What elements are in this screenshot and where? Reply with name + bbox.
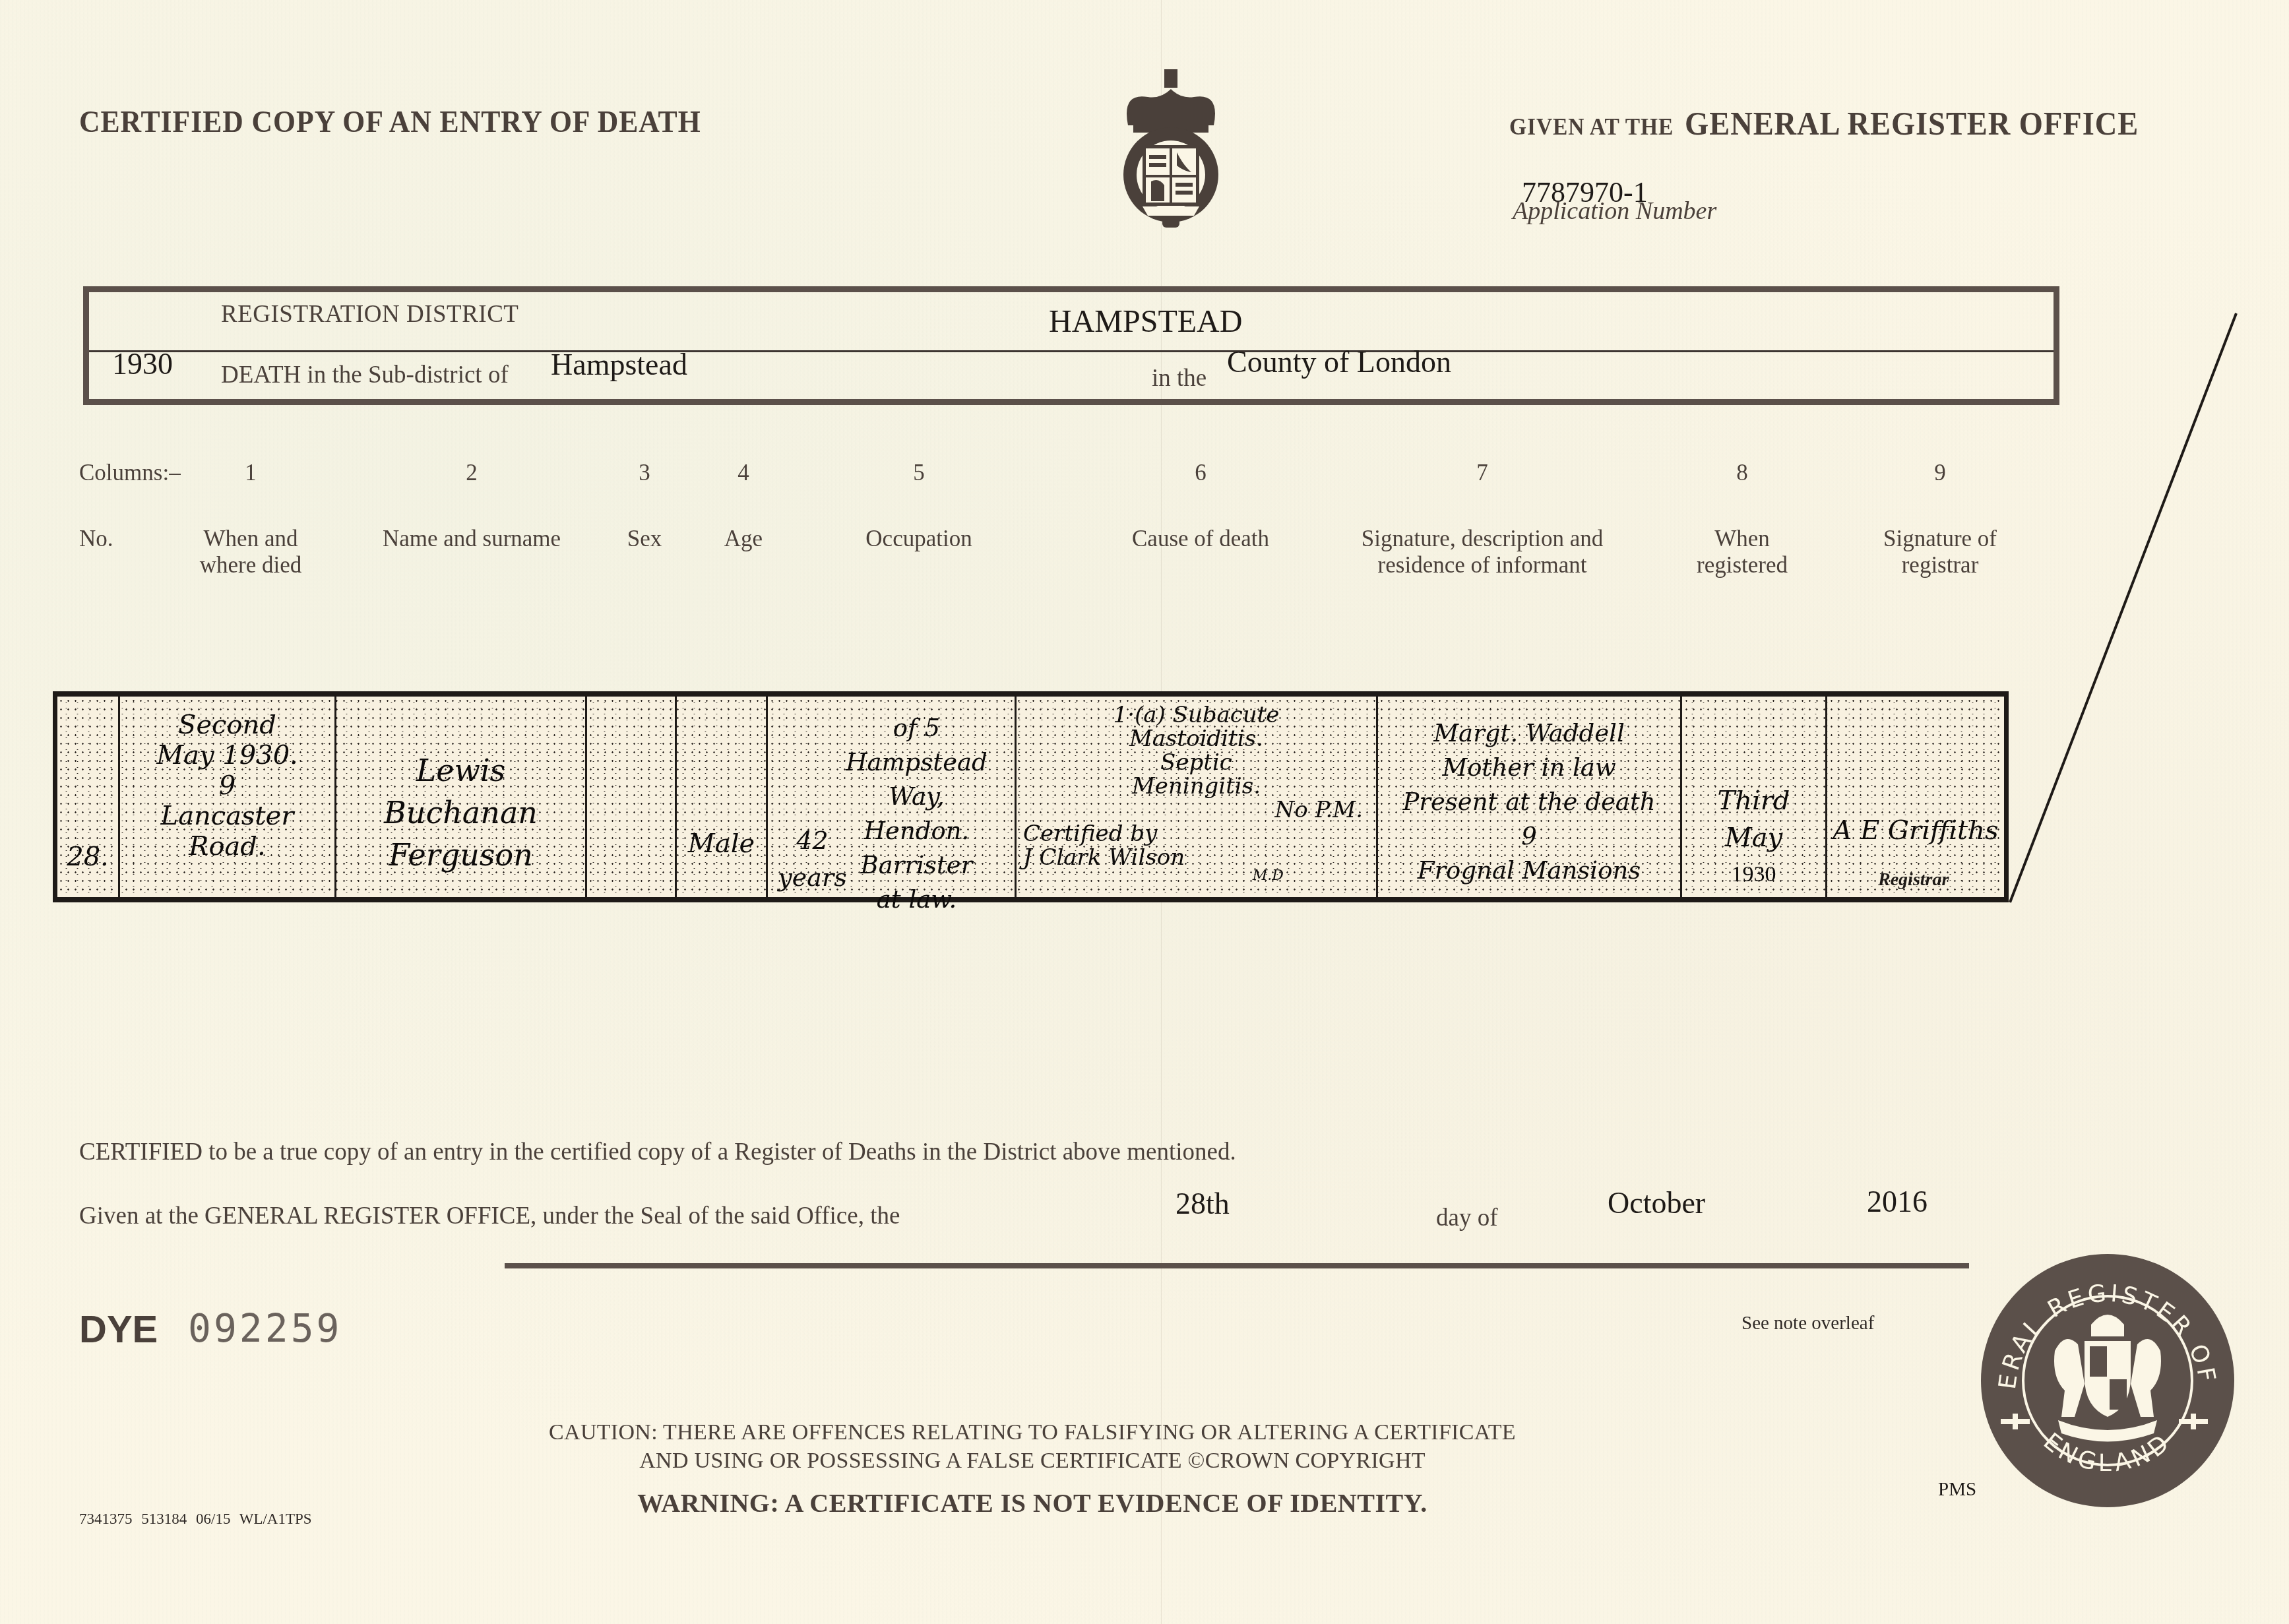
see-note-overleaf: See note overleaf [1741, 1313, 1874, 1334]
column-number-1: 1 [228, 460, 274, 486]
identity-warning: WARNING: A CERTIFICATE IS NOT EVIDENCE O… [488, 1487, 1577, 1518]
entry-text-line: 1930 [1682, 856, 1825, 893]
columns-label: Columns:– [79, 460, 181, 486]
column-header-occupation: Occupation [853, 526, 985, 552]
county-value: County of London [1227, 344, 1451, 379]
column-number-4: 4 [720, 460, 767, 486]
pms-mark: PMS [1938, 1479, 1976, 1501]
registration-year: 1930 [112, 346, 173, 381]
registrar-label: Registrar [1878, 869, 1949, 890]
issuer-heading: GIVEN AT THE GENERAL REGISTER OFFICE [1509, 104, 2139, 142]
column-number-3: 3 [621, 460, 668, 486]
district-divider [89, 350, 2054, 352]
entry-text-line: 1·(a) Subacute [1017, 703, 1376, 727]
entry-when-registered: Third May 1930 [1682, 782, 1825, 893]
entry-cause-of-death: 1·(a) Subacute Mastoiditis. Septic Menin… [1017, 703, 1376, 883]
entry-text-line: Third [1682, 782, 1825, 819]
column-header-sex: Sex [611, 526, 677, 552]
entry-text-line: Hendon. [819, 814, 1015, 848]
entry-number: 28. [57, 842, 118, 872]
column-number-9: 9 [1917, 460, 1963, 486]
cell-divider [675, 697, 677, 897]
column-header-when-registered: When registered [1683, 526, 1802, 578]
entry-text-line: 9 [1378, 819, 1680, 854]
signature-rule [505, 1263, 1969, 1268]
entry-text-line: Road. [120, 831, 334, 861]
column-number-2: 2 [449, 460, 495, 486]
column-number-7: 7 [1459, 460, 1505, 486]
issuer-name: GENERAL REGISTER OFFICE [1685, 105, 2139, 142]
cell-divider [585, 697, 587, 897]
caution-line: CAUTION: THERE ARE OFFENCES RELATING TO … [488, 1418, 1577, 1447]
column-header-no: No. [79, 526, 113, 552]
entry-text-line: Frognal Mansions [1378, 854, 1680, 888]
issue-year: 2016 [1867, 1184, 1928, 1219]
entry-text-line: May [1682, 819, 1825, 856]
entry-text-line: Mother in law [1378, 751, 1680, 785]
entry-text-line: M.D [1017, 869, 1376, 883]
royal-crest-icon [1102, 63, 1240, 228]
column-header-registrar: Signature of registrar [1871, 526, 2009, 578]
cancellation-diagonal-line [2002, 310, 2240, 904]
subdistrict-label: DEATH in the Sub-district of [221, 361, 509, 389]
column-number-5: 5 [896, 460, 942, 486]
entry-sex: Male [677, 828, 766, 859]
given-at-statement: Given at the GENERAL REGISTER OFFICE, un… [79, 1202, 900, 1230]
column-number-6: 6 [1177, 460, 1224, 486]
print-code: 7341375 513184 06/15 WL/A1TPS [79, 1511, 312, 1528]
column-header-informant: Signature, description and residence of … [1344, 526, 1621, 578]
entry-text-line: Buchanan [336, 792, 585, 834]
column-header-age: Age [710, 526, 776, 552]
serial-prefix: DYE [79, 1307, 158, 1352]
registrar-signature: A E Griffiths [1827, 815, 2004, 846]
registration-district-label: REGISTRATION DISTRICT [221, 300, 518, 328]
day-of-label: day of [1436, 1204, 1498, 1232]
general-register-office-seal-icon: GENERAL REGISTER OFFICE ENGLAND [1979, 1252, 2236, 1509]
death-entry-row: 28. Second May 1930. 9 Lancaster Road. L… [53, 691, 2009, 902]
entry-occupation: of 5 Hampstead Way, Hendon. Barrister at… [819, 711, 1015, 917]
entry-text-line: No P.M. [1017, 798, 1376, 822]
entry-text-line: Mastoiditis. [1017, 727, 1376, 751]
caution-line: AND USING OR POSSESSING A FALSE CERTIFIC… [488, 1447, 1577, 1475]
entry-text-line: Second [120, 710, 334, 740]
entry-text-line: Barrister [819, 848, 1015, 883]
serial-number: 092259 [188, 1306, 342, 1351]
entry-name: Lewis Buchanan Ferguson [336, 749, 585, 876]
entry-text-line: Meningitis. [1017, 774, 1376, 798]
column-header-when-where: When and where died [191, 526, 310, 578]
entry-text-line: May 1930. [120, 740, 334, 770]
registration-district-value: HAMPSTEAD [1049, 303, 1242, 340]
caution-notice: CAUTION: THERE ARE OFFENCES RELATING TO … [488, 1418, 1577, 1475]
entry-text-line: Present at the death [1378, 785, 1680, 819]
entry-text-line: Way, [819, 780, 1015, 814]
application-number: 7787970-1 [1522, 175, 1648, 209]
entry-text-line: Lewis [336, 749, 585, 792]
issuer-prefix: GIVEN AT THE [1509, 113, 1674, 140]
entry-text-line: Septic [1017, 751, 1376, 774]
entry-text-line: at law. [819, 883, 1015, 917]
entry-text-line: Ferguson [336, 834, 585, 876]
entry-text-line: J Clark Wilson [1017, 846, 1376, 869]
cell-divider [1825, 697, 1827, 897]
column-header-cause: Cause of death [1115, 526, 1286, 552]
county-label: in the [1152, 364, 1207, 392]
column-header-name: Name and surname [369, 526, 574, 552]
entry-text-line: 9 [120, 770, 334, 801]
issue-month: October [1608, 1185, 1705, 1220]
document-title: CERTIFIED COPY OF AN ENTRY OF DEATH [79, 104, 701, 140]
entry-text-line: of 5 Hampstead [819, 711, 1015, 780]
certification-statement: CERTIFIED to be a true copy of an entry … [79, 1138, 1236, 1166]
entry-text-line: Lancaster [120, 801, 334, 831]
subdistrict-value: Hampstead [551, 347, 687, 382]
entry-text-line: Certified by [1017, 822, 1376, 846]
entry-text-line: Margt. Waddell [1378, 716, 1680, 751]
column-number-8: 8 [1719, 460, 1765, 486]
entry-informant: Margt. Waddell Mother in law Present at … [1378, 716, 1680, 888]
entry-when-where: Second May 1930. 9 Lancaster Road. [120, 710, 334, 861]
issue-day: 28th [1176, 1186, 1230, 1221]
